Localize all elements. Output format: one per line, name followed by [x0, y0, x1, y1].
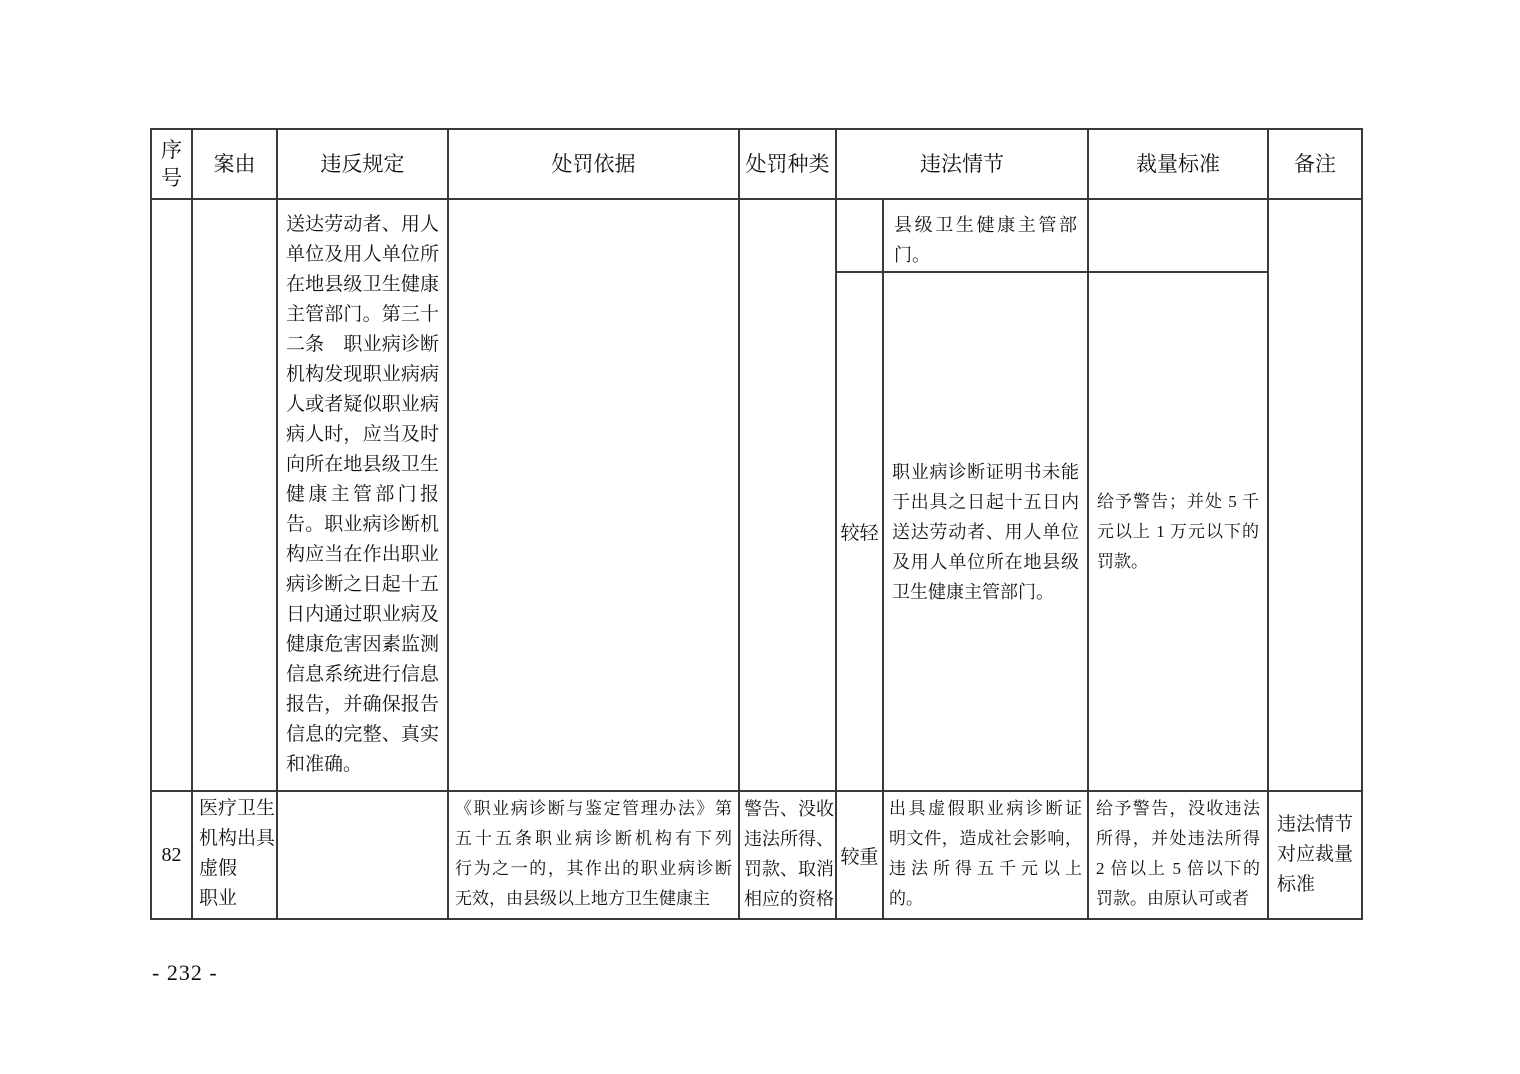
cell-82-violated-rule-empty	[278, 792, 449, 918]
cell-82-no: 82	[152, 792, 193, 918]
header-violation-circumstance: 违法情节	[837, 130, 1089, 200]
header-remarks: 备注	[1269, 130, 1361, 200]
text-line: 日内通过职业病及	[286, 600, 439, 630]
text-line: 明文件，造成社会影响，	[889, 824, 1082, 854]
text-line: 医疗卫生	[199, 794, 270, 824]
header-no: 序号	[152, 130, 193, 200]
text-line: 门。	[894, 240, 1077, 270]
text-line: 主管部门。第三十	[286, 300, 439, 330]
cell-82-penalty-basis: 《职业病诊断与鉴定管理办法》第五十五条职业病诊断机构有下列行为之一的，其作出的职…	[449, 792, 740, 918]
text-line: 罚款、取消	[744, 854, 831, 884]
text-line: 出具虚假职业病诊断证	[889, 794, 1082, 824]
text-line: 病人时，应当及时	[286, 420, 439, 450]
text-line: 县级卫生健康主管部	[894, 210, 1077, 240]
document-page: { "page": { "footer_page_number": "- 232…	[0, 0, 1520, 1074]
text-line: 违法所得五千元以上	[889, 854, 1082, 884]
text-line: 虚假	[199, 854, 270, 884]
cell-82-standard: 给予警告，没收违法所得，并处违法所得2 倍以上 5 倍以下的罚款。由原认可或者	[1089, 792, 1269, 918]
cell-82-penalty-type: 警告、没收违法所得、罚款、取消相应的资格	[740, 792, 837, 918]
text-line: 《职业病诊断与鉴定管理办法》第	[455, 794, 732, 824]
text-line: 所得，并处违法所得	[1096, 824, 1260, 854]
text-line: 元以上 1 万元以下的	[1097, 517, 1259, 547]
header-violated-rule: 违反规定	[278, 130, 449, 200]
text-line: 职业病诊断证明书未能	[892, 457, 1079, 487]
text-line: 机构出具	[199, 824, 270, 854]
text-line: 相应的资格	[744, 884, 831, 914]
header-penalty-type: 处罚种类	[740, 130, 837, 200]
text-line: 报告，并确保报告	[286, 690, 439, 720]
text-line: 罚款。	[1097, 547, 1259, 577]
text-line: 违法情节	[1277, 810, 1353, 840]
cell-continued-remarks-empty	[1269, 200, 1361, 792]
text-line: 送达劳动者、用人	[286, 210, 439, 240]
text-line: 给予警告；并处 5 千	[1097, 487, 1259, 517]
cell-continued-penalty-basis-empty	[449, 200, 740, 792]
text-line: 行为之一的，其作出的职业病诊断	[455, 854, 732, 884]
text-line: 的。	[889, 884, 1082, 914]
penalty-discretion-table: 序号 案由 违反规定 处罚依据 处罚种类 违法情节 裁量标准 备注 送达劳动者、…	[150, 128, 1363, 920]
text-line: 于出具之日起十五日内	[892, 487, 1079, 517]
text-line: 2 倍以上 5 倍以下的	[1096, 854, 1260, 884]
header-cause: 案由	[193, 130, 278, 200]
text-line: 及用人单位所在地县级	[892, 547, 1079, 577]
cell-subrow1-severity-empty	[837, 200, 884, 273]
cell-subrow2-severity: 较轻	[837, 273, 884, 792]
text-line: 病诊断之日起十五	[286, 570, 439, 600]
text-line: 送达劳动者、用人单位	[892, 517, 1079, 547]
cell-subrow1-circumstance: 县级卫生健康主管部门。	[884, 200, 1089, 273]
cell-82-severity: 较重	[837, 792, 884, 918]
text-line: 职业	[199, 884, 270, 914]
text-line: 向所在地县级卫生	[286, 450, 439, 480]
text-line: 构应当在作出职业	[286, 540, 439, 570]
page-number: - 232 -	[152, 960, 218, 986]
cell-subrow2-circumstance: 职业病诊断证明书未能于出具之日起十五日内送达劳动者、用人单位及用人单位所在地县级…	[884, 273, 1089, 792]
text-line: 警告、没收	[744, 794, 831, 824]
cell-82-remarks: 违法情节对应裁量标准	[1269, 792, 1361, 918]
cell-continued-no-empty	[152, 200, 193, 792]
text-line: 卫生健康主管部门。	[892, 577, 1079, 607]
text-line: 信息系统进行信息	[286, 660, 439, 690]
text-line: 无效，由县级以上地方卫生健康主	[455, 884, 732, 914]
text-line: 标准	[1277, 870, 1353, 900]
text-line: 违法所得、	[744, 824, 831, 854]
text-line: 单位及用人单位所	[286, 240, 439, 270]
header-discretion-standard: 裁量标准	[1089, 130, 1269, 200]
text-line: 人或者疑似职业病	[286, 390, 439, 420]
cell-82-cause: 医疗卫生机构出具虚假职业	[193, 792, 278, 918]
text-line: 罚款。由原认可或者	[1096, 884, 1260, 914]
text-line: 五十五条职业病诊断机构有下列	[455, 824, 732, 854]
text-line: 机构发现职业病病	[286, 360, 439, 390]
cell-subrow2-standard: 给予警告；并处 5 千元以上 1 万元以下的罚款。	[1089, 273, 1269, 792]
text-line: 健康主管部门报	[286, 480, 439, 510]
cell-continued-cause-empty	[193, 200, 278, 792]
text-line: 二条 职业病诊断	[286, 330, 439, 360]
text-line: 信息的完整、真实	[286, 720, 439, 750]
cell-82-circumstance: 出具虚假职业病诊断证明文件，造成社会影响，违法所得五千元以上的。	[884, 792, 1089, 918]
text-line: 和准确。	[286, 750, 439, 780]
cell-continued-violated-rule: 送达劳动者、用人单位及用人单位所在地县级卫生健康主管部门。第三十二条 职业病诊断…	[278, 200, 449, 792]
text-line: 告。职业病诊断机	[286, 510, 439, 540]
text-line: 对应裁量	[1277, 840, 1353, 870]
text-line: 在地县级卫生健康	[286, 270, 439, 300]
header-penalty-basis: 处罚依据	[449, 130, 740, 200]
text-line: 健康危害因素监测	[286, 630, 439, 660]
cell-subrow1-standard-empty	[1089, 200, 1269, 273]
cell-continued-penalty-type-empty	[740, 200, 837, 792]
text-line: 给予警告，没收违法	[1096, 794, 1260, 824]
